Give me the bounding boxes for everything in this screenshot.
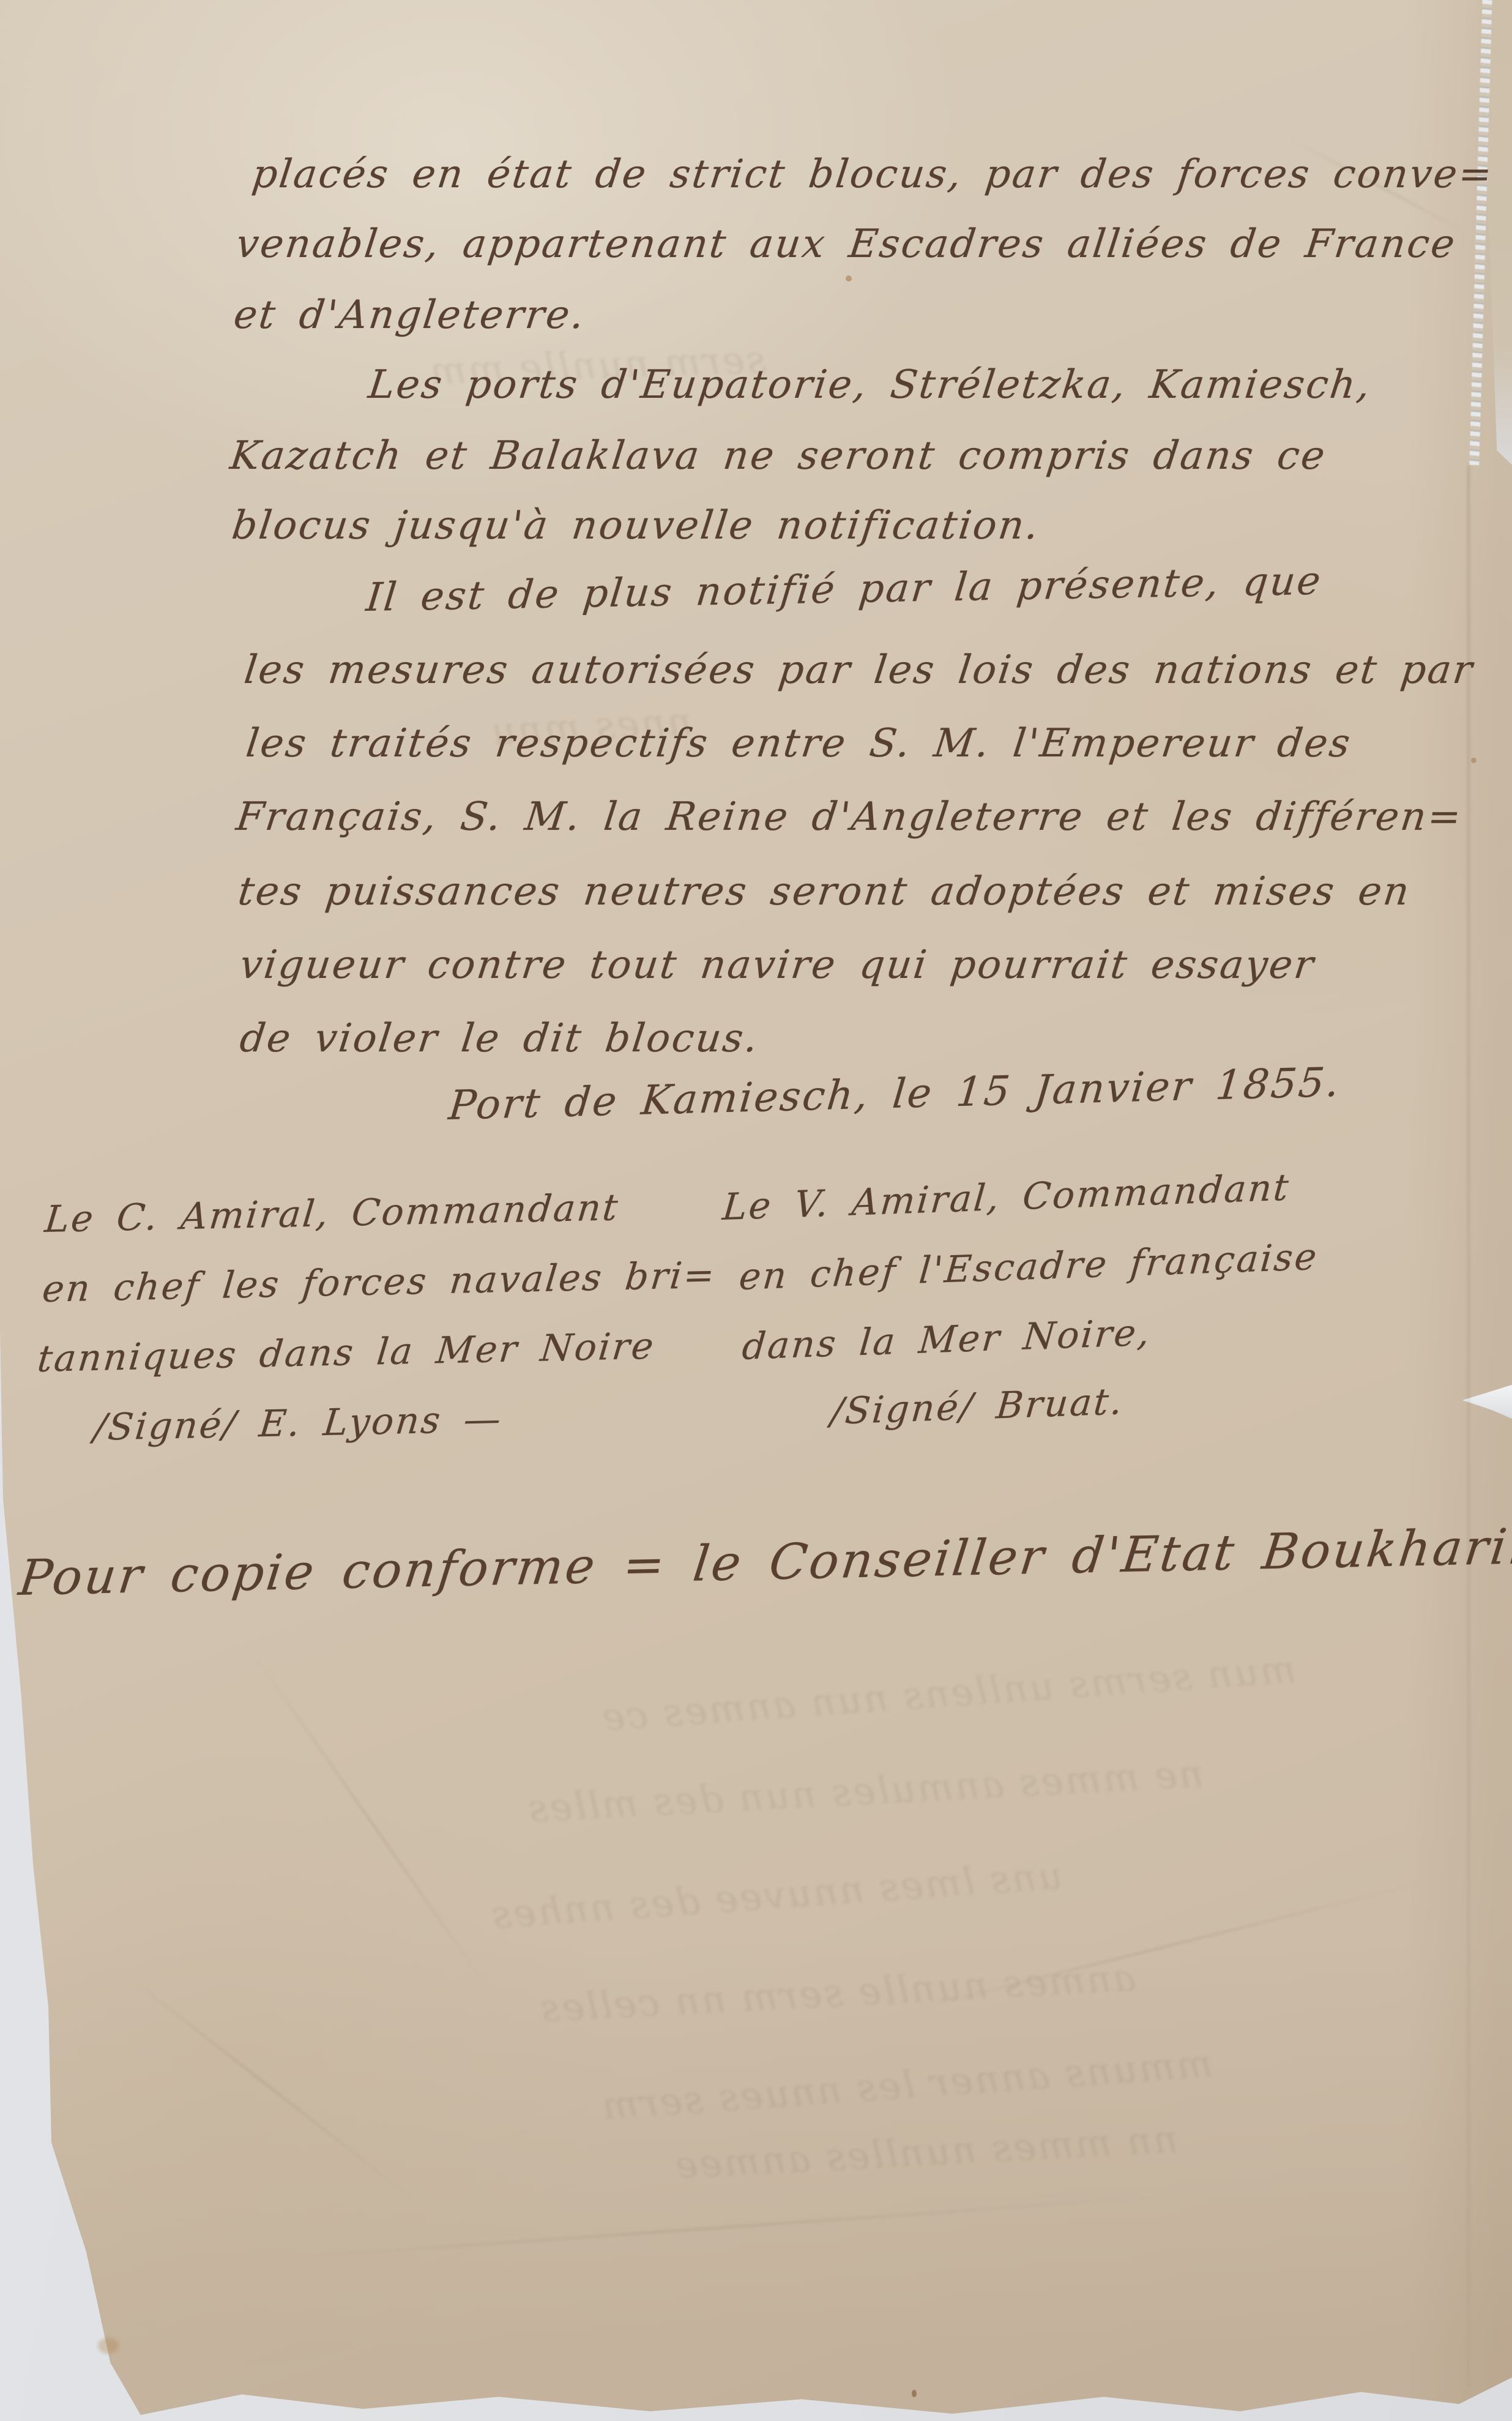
handwritten-line: venables, appartenant aux Escadres allié…	[234, 222, 1459, 267]
signature-left-signed: /Signé/ E. Lyons —	[92, 1398, 505, 1449]
handwritten-line: blocus jusqu'à nouvelle notification.	[229, 503, 1043, 548]
handwritten-line: placés en état de strict blocus, par des…	[250, 152, 1496, 197]
handwritten-line: Les ports d'Eupatorie, Stréletzka, Kamie…	[366, 362, 1374, 408]
handwritten-line: les traités respectifs entre S. M. l'Emp…	[244, 721, 1354, 766]
handwritten-line: tes puissances neutres seront adoptées e…	[236, 869, 1413, 914]
scanner-background: serm nunlle mm nnes mnu mun serms unllen…	[0, 0, 1512, 2421]
handwritten-line: vigueur contre tout navire qui pourrait …	[237, 942, 1317, 988]
handwritten-line: les mesures autorisées par les lois des …	[242, 647, 1477, 693]
handwritten-line: de violer le dit blocus.	[237, 1016, 762, 1061]
handwritten-line: et d'Angleterre.	[231, 293, 588, 338]
handwritten-line: Kazatch et Balaklava ne seront compris d…	[228, 433, 1329, 479]
handwritten-line: Français, S. M. la Reine d'Angleterre et…	[234, 794, 1465, 840]
